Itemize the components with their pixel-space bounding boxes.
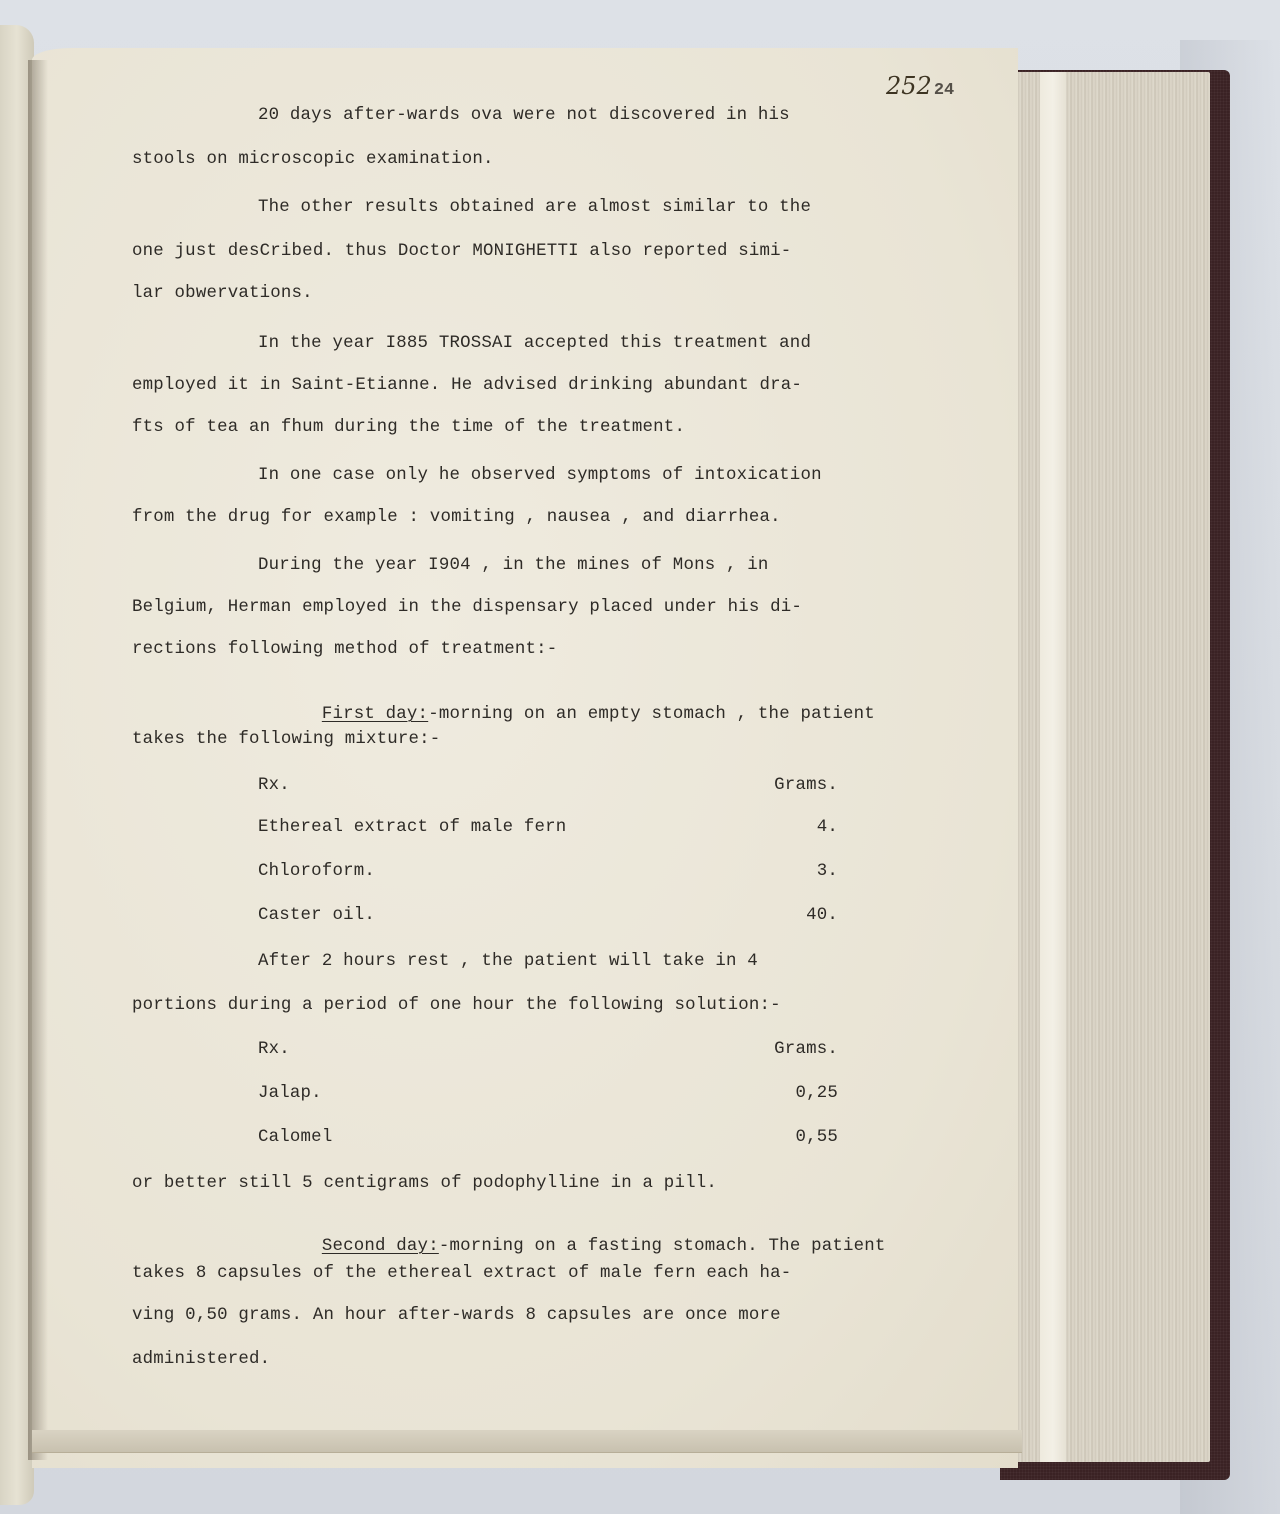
text-line: The other results obtained are almost si… bbox=[258, 198, 811, 217]
prescription-header: Rx. Grams. bbox=[258, 1040, 838, 1059]
prescription-item: Jalap. 0,25 bbox=[258, 1084, 838, 1103]
text-line: takes 8 capsules of the ethereal extract… bbox=[132, 1264, 791, 1283]
text-line: lar obwervations. bbox=[132, 284, 313, 303]
prescription-header: Rx. Grams. bbox=[258, 776, 838, 795]
page-edges-stack bbox=[1010, 72, 1210, 1462]
gutter-shadow bbox=[28, 60, 48, 1460]
second-day-heading: Second day: bbox=[322, 1237, 439, 1256]
text-line: employed it in Saint-Etianne. He advised… bbox=[132, 376, 802, 395]
text-line: Belgium, Herman employed in the dispensa… bbox=[132, 598, 802, 617]
first-day-heading: First day: bbox=[322, 705, 428, 724]
text-line: In one case only he observed symptoms of… bbox=[258, 466, 822, 485]
book-scan-scene: 252 24 20 days after-wards ova were not … bbox=[0, 0, 1280, 1514]
text-line: After 2 hours rest , the patient will ta… bbox=[258, 952, 758, 971]
text-line: 20 days after-wards ova were not discove… bbox=[258, 106, 790, 125]
handwritten-folio: 252 bbox=[886, 72, 932, 100]
text-line: rections following method of treatment:- bbox=[132, 640, 557, 659]
text-line: takes the following mixture:- bbox=[132, 730, 440, 749]
text-line: stools on microscopic examination. bbox=[132, 150, 494, 169]
prescription-item: Chloroform. 3. bbox=[258, 862, 838, 881]
text-line: fts of tea an fhum during the time of th… bbox=[132, 418, 685, 437]
text-line: portions during a period of one hour the… bbox=[132, 996, 781, 1015]
text-line: or better still 5 centigrams of podophyl… bbox=[132, 1174, 717, 1193]
prescription-item: Ethereal extract of male fern 4. bbox=[258, 818, 838, 837]
text-line: administered. bbox=[132, 1350, 270, 1369]
prescription-item: Calomel 0,55 bbox=[258, 1128, 838, 1147]
page-number: 252 24 bbox=[886, 72, 954, 100]
text-line: ving 0,50 grams. An hour after-wards 8 c… bbox=[132, 1306, 781, 1325]
page-bottom-edge bbox=[32, 1430, 1022, 1453]
text-line: from the drug for example : vomiting , n… bbox=[132, 508, 781, 527]
text-line: During the year I904 , in the mines of M… bbox=[258, 556, 769, 575]
text-line: In the year I885 TROSSAI accepted this t… bbox=[258, 334, 811, 353]
folded-page-edge bbox=[1040, 72, 1066, 1462]
typed-folio: 24 bbox=[934, 81, 954, 100]
prescription-item: Caster oil. 40. bbox=[258, 906, 838, 925]
text-line: one just desCribed. thus Doctor MONIGHET… bbox=[132, 242, 791, 261]
